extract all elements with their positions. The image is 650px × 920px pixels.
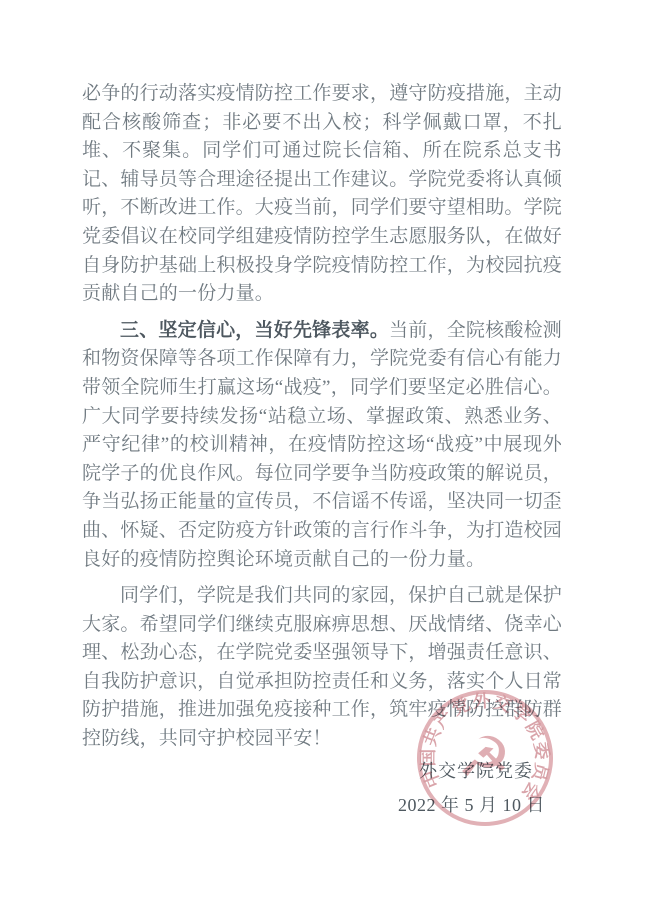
body-paragraph-2-text: 当前，全院核酸检测和物资保障等各项工作保障有力，学院党委有信心有能力带领全院师生…	[82, 320, 562, 570]
date-line: 2022 年 5 月 10 日	[398, 791, 545, 817]
body-paragraph-3: 同学们，学院是我们共同的家园，保护自己就是保护大家。希望同学们继续克服麻痹思想、…	[82, 582, 562, 754]
letter-body: 必争的行动落实疫情防控工作要求，遵守防疫措施，主动配合核酸筛查；非必要不出入校；…	[82, 80, 562, 762]
document-page: 必争的行动落实疫情防控工作要求，遵守防疫措施，主动配合核酸筛查；非必要不出入校；…	[0, 0, 650, 920]
section-heading: 三、坚定信心，当好先锋表率。	[120, 320, 389, 341]
body-paragraph-2: 三、坚定信心，当好先锋表率。当前，全院核酸检测和物资保障等各项工作保障有力，学院…	[82, 317, 562, 574]
body-paragraph-1: 必争的行动落实疫情防控工作要求，遵守防疫措施，主动配合核酸筛查；非必要不出入校；…	[82, 80, 562, 309]
signature-line: 外交学院党委	[419, 757, 533, 783]
